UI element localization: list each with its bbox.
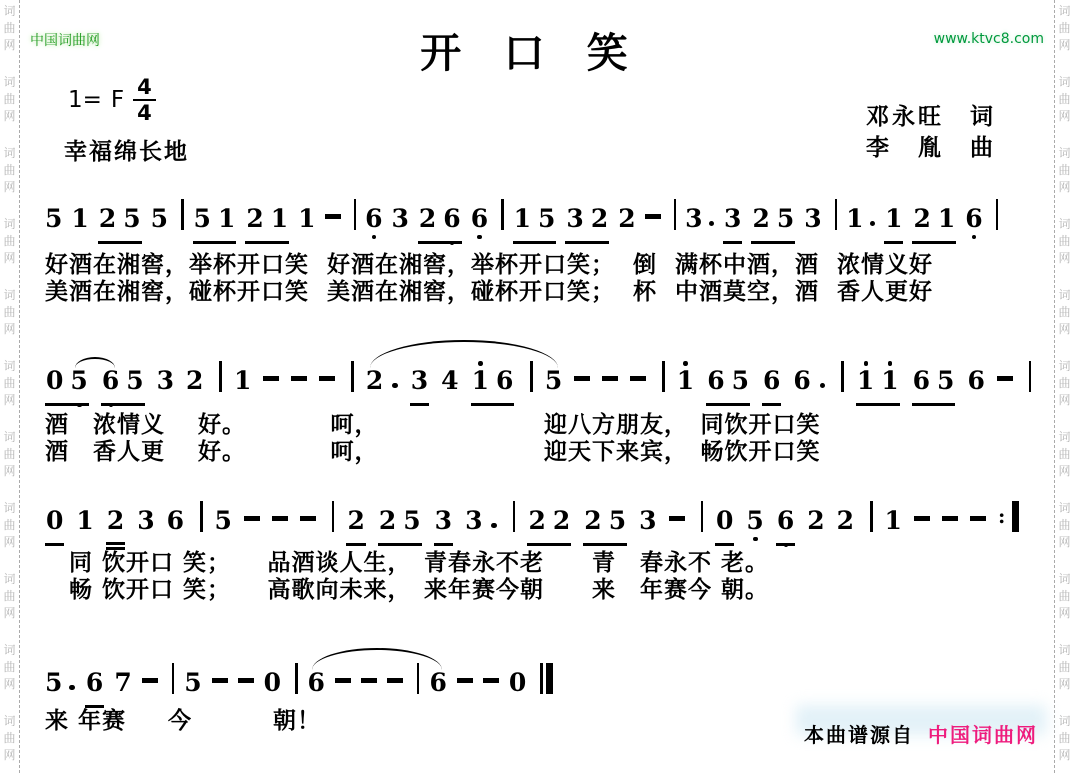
note: 5: [151, 206, 168, 232]
note: 5: [538, 206, 555, 232]
dash-continuation: [212, 678, 228, 683]
underline-group: 25: [378, 501, 422, 546]
note: 6: [707, 368, 724, 394]
note: 6: [102, 368, 119, 394]
watermark-group: 词曲网: [0, 642, 19, 693]
watermark-group: 词曲网: [1055, 429, 1074, 480]
note: 3: [566, 206, 583, 232]
note: 1: [938, 206, 955, 232]
dash-continuation: [361, 678, 377, 683]
underline-group: 0: [45, 501, 64, 546]
note: 5: [777, 206, 794, 232]
note: 6: [913, 368, 930, 394]
watermark-char: 网: [1055, 179, 1074, 196]
note: 6: [777, 508, 794, 534]
watermark-char: 曲: [0, 162, 19, 179]
note: 2: [584, 508, 601, 534]
barline: [354, 199, 357, 230]
note: 6: [496, 368, 513, 394]
underline-group: 22: [527, 501, 571, 546]
bar-mark: [540, 663, 543, 694]
augmentation-dot: [709, 221, 715, 227]
barline: [1029, 361, 1032, 392]
note: 2: [913, 206, 930, 232]
underline-group: 26: [418, 199, 462, 244]
rest-note: 0: [46, 508, 63, 534]
note: 6: [365, 206, 382, 232]
note: 2: [246, 206, 263, 232]
note: 5: [609, 508, 626, 534]
watermark-char: 曲: [0, 517, 19, 534]
watermark-group: 词曲网: [0, 713, 19, 764]
footer-source: 本曲谱源自中国词曲网: [804, 719, 1038, 748]
watermark-char: 曲: [1055, 20, 1074, 37]
dash-continuation: [300, 516, 316, 521]
barline: [841, 361, 844, 392]
watermark-char: 网: [1055, 463, 1074, 480]
underline-group: 3: [723, 199, 742, 244]
watermark-char: 词: [1055, 713, 1074, 730]
note: 3: [685, 206, 702, 232]
watermark-group: 词曲网: [1055, 713, 1074, 764]
augmentation-dot: [491, 523, 497, 529]
watermark-group: 词曲网: [0, 287, 19, 338]
notation-line-4: 56750660: [45, 660, 1050, 706]
note: 1: [76, 508, 93, 534]
underline-group: 65: [912, 361, 956, 406]
slur-arc: [75, 357, 115, 368]
note: 5: [184, 670, 201, 696]
underline-group: 3: [434, 501, 453, 546]
underline-group: 0: [715, 501, 734, 546]
watermark-char: 网: [1055, 250, 1074, 267]
watermark-char: 词: [0, 571, 19, 588]
watermark-char: 曲: [0, 659, 19, 676]
dash-continuation: [457, 678, 473, 683]
dash-continuation: [335, 678, 351, 683]
note: 5: [126, 368, 143, 394]
note: 5: [937, 368, 954, 394]
note: 6: [793, 368, 810, 394]
watermark-char: 曲: [0, 304, 19, 321]
watermark-char: 词: [1055, 358, 1074, 375]
watermark-group: 词曲网: [0, 74, 19, 125]
watermark-char: 网: [1055, 108, 1074, 125]
note: 5: [746, 508, 763, 534]
note: 6: [167, 508, 184, 534]
underline-group: 2: [106, 501, 125, 550]
watermark-char: 曲: [0, 730, 19, 747]
note: 5: [70, 368, 87, 394]
note: 6: [443, 206, 460, 232]
watermark-char: 网: [1055, 392, 1074, 409]
note: 2: [99, 206, 116, 232]
note: 2: [419, 206, 436, 232]
augmentation-dot: [820, 383, 826, 389]
note: 2: [366, 368, 383, 394]
watermark-char: 词: [0, 3, 19, 20]
dash-continuation: [272, 516, 288, 521]
watermark-char: 网: [0, 676, 19, 693]
watermark-char: 网: [1055, 534, 1074, 551]
watermark-char: 词: [0, 713, 19, 730]
underline-group: 32: [565, 199, 609, 244]
note: 3: [391, 206, 408, 232]
watermark-char: 网: [0, 534, 19, 551]
dash-continuation: [238, 678, 254, 683]
note: 1: [218, 206, 235, 232]
dash-continuation: [291, 376, 307, 381]
note: 6: [308, 670, 325, 696]
underline-group: 6: [762, 361, 781, 406]
watermark-char: 网: [1055, 321, 1074, 338]
note: 1: [885, 206, 902, 232]
watermark-char: 词: [1055, 145, 1074, 162]
watermark-char: 词: [1055, 429, 1074, 446]
note: 5: [215, 508, 232, 534]
notation-line-2: 05653212341651656611656: [45, 358, 1050, 404]
watermark-char: 网: [0, 250, 19, 267]
footer-site-name: 中国词曲网: [928, 723, 1038, 747]
dash-continuation: [325, 214, 341, 219]
dash-continuation: [970, 516, 986, 521]
repeat-barline: :: [998, 498, 1019, 542]
barline: [996, 199, 999, 230]
sheet-music-page: 词曲网词曲网词曲网词曲网词曲网词曲网词曲网词曲网词曲网词曲网词曲网 词曲网词曲网…: [0, 0, 1074, 773]
note: 5: [194, 206, 211, 232]
note: 3: [411, 368, 428, 394]
watermark-char: 网: [0, 321, 19, 338]
note: 5: [123, 206, 140, 232]
bar-mark: [1012, 501, 1019, 532]
note: 7: [114, 670, 131, 696]
note: 6: [86, 670, 103, 696]
lyricist-credit: 邓永旺 词: [866, 101, 996, 132]
underline-group: 6: [776, 501, 795, 546]
slur-arc: [312, 648, 443, 670]
notation-line-3: 0123652253322253056221:: [45, 498, 1050, 544]
watermark-char: 词: [0, 429, 19, 446]
note: 3: [465, 508, 482, 534]
left-watermark-column: 词曲网词曲网词曲网词曲网词曲网词曲网词曲网词曲网词曲网词曲网词曲网: [0, 0, 20, 773]
watermark-char: 词: [1055, 642, 1074, 659]
watermark-char: 词: [0, 500, 19, 517]
underline-group: 51: [193, 199, 237, 244]
watermark-char: 曲: [1055, 446, 1074, 463]
dash-continuation: [263, 376, 279, 381]
final-barline: [536, 660, 553, 703]
watermark-char: 网: [0, 108, 19, 125]
lyrics-line-2-verse-2: 酒 香人更 好。 呵， 迎天下来宾， 畅饮开口笑: [45, 433, 821, 466]
note: 1: [71, 206, 88, 232]
dash-continuation: [914, 516, 930, 521]
barline: [870, 501, 873, 532]
watermark-group: 词曲网: [1055, 571, 1074, 622]
song-title: 开 口 笑: [0, 20, 1054, 79]
barline: [181, 199, 184, 230]
key-letter: F: [111, 87, 124, 113]
watermark-char: 曲: [0, 588, 19, 605]
note: 5: [45, 206, 62, 232]
watermark-char: 网: [0, 463, 19, 480]
note: 6: [471, 206, 488, 232]
note: 2: [752, 206, 769, 232]
watermark-group: 词曲网: [1055, 3, 1074, 54]
watermark-char: 词: [1055, 500, 1074, 517]
dash-continuation: [574, 376, 590, 381]
watermark-char: 词: [0, 216, 19, 233]
dash-continuation: [244, 516, 260, 521]
note: 2: [528, 508, 545, 534]
slur-arc: [370, 340, 558, 368]
footer-prefix: 本曲谱源自: [804, 723, 914, 747]
composer-credit: 李 胤 曲: [866, 132, 996, 163]
note: 2: [347, 508, 364, 534]
underline-group: 2: [346, 501, 365, 546]
watermark-char: 词: [0, 642, 19, 659]
watermark-char: 曲: [1055, 517, 1074, 534]
watermark-char: 曲: [0, 91, 19, 108]
note: 3: [639, 508, 656, 534]
watermark-group: 词曲网: [1055, 642, 1074, 693]
rest-note: 0: [509, 670, 526, 696]
watermark-char: 网: [0, 605, 19, 622]
watermark-char: 曲: [1055, 91, 1074, 108]
barline: [674, 199, 677, 230]
watermark-char: 曲: [1055, 304, 1074, 321]
note: 4: [441, 368, 458, 394]
barline: [332, 501, 335, 532]
underline-group: 15: [513, 199, 557, 244]
barline: [351, 361, 354, 392]
underline-group: 21: [245, 199, 289, 244]
watermark-char: 曲: [1055, 233, 1074, 250]
lyrics-line-1-verse-2: 美酒在湘窖，碰杯开口笑 美酒在湘窖，碰杯开口笑； 杯 中酒莫空，酒 香人更好: [45, 273, 933, 306]
note: 1: [857, 368, 874, 394]
barline: [662, 361, 665, 392]
watermark-group: 词曲网: [1055, 287, 1074, 338]
credits: 邓永旺 词 李 胤 曲: [866, 101, 996, 163]
watermark-char: 词: [1055, 3, 1074, 20]
rest-note: 0: [46, 368, 63, 394]
time-signature: 4 4: [133, 76, 156, 124]
tempo-marking: 幸福绵长地: [64, 133, 189, 166]
key-signature: 1= F 4 4: [68, 76, 156, 124]
watermark-group: 词曲网: [0, 216, 19, 267]
bar-mark: [546, 663, 553, 694]
note: 2: [591, 206, 608, 232]
watermark-char: 曲: [0, 233, 19, 250]
watermark-char: 词: [1055, 74, 1074, 91]
barline: [219, 361, 222, 392]
underline-group: 25: [98, 199, 142, 244]
note: 2: [618, 206, 635, 232]
note: 6: [967, 368, 984, 394]
note: 1: [881, 368, 898, 394]
watermark-group: 词曲网: [1055, 216, 1074, 267]
meter-denominator: 4: [137, 101, 152, 124]
watermark-group: 词曲网: [0, 571, 19, 622]
dash-continuation: [142, 678, 158, 683]
note: 3: [724, 206, 741, 232]
barline: [835, 199, 838, 230]
note: 6: [763, 368, 780, 394]
note: 1: [472, 368, 489, 394]
note: 3: [137, 508, 154, 534]
right-watermark-column: 词曲网词曲网词曲网词曲网词曲网词曲网词曲网词曲网词曲网词曲网词曲网: [1054, 0, 1074, 773]
augmentation-dot: [69, 685, 75, 691]
note: 1: [846, 206, 863, 232]
watermark-group: 词曲网: [1055, 358, 1074, 409]
rest-note: 0: [716, 508, 733, 534]
barline: [513, 501, 516, 532]
note: 1: [298, 206, 315, 232]
watermark-group: 词曲网: [0, 358, 19, 409]
repeat-dots: :: [998, 496, 1005, 536]
dash-continuation: [319, 376, 335, 381]
barline: [295, 663, 298, 694]
lyrics-line-4: 来 年赛 今 朝！: [45, 702, 321, 735]
note: 6: [965, 206, 982, 232]
watermark-char: 词: [1055, 216, 1074, 233]
note: 2: [807, 508, 824, 534]
note: 1: [271, 206, 288, 232]
watermark-char: 词: [0, 145, 19, 162]
underline-group: 1: [884, 199, 903, 244]
watermark-char: 网: [1055, 605, 1074, 622]
watermark-char: 网: [0, 392, 19, 409]
note: 3: [157, 368, 174, 394]
watermark-char: 曲: [1055, 588, 1074, 605]
watermark-char: 曲: [1055, 375, 1074, 392]
watermark-char: 网: [1055, 37, 1074, 54]
underline-group: 25: [751, 199, 795, 244]
note: 3: [804, 206, 821, 232]
watermark-char: 词: [1055, 571, 1074, 588]
note: 2: [837, 508, 854, 534]
augmentation-dot: [392, 383, 398, 389]
rest-note: 0: [264, 670, 281, 696]
underline-group: 21: [912, 199, 956, 244]
watermark-char: 曲: [0, 446, 19, 463]
note: 2: [107, 508, 124, 534]
note: 1: [677, 368, 694, 394]
note: 3: [435, 508, 452, 534]
barline: [200, 501, 203, 532]
note: 6: [429, 670, 446, 696]
note: 5: [403, 508, 420, 534]
note: 1: [234, 368, 251, 394]
lyrics-line-3-verse-2: 畅 饮开口 笑； 高歌向未来， 来年赛今朝 来 年赛今 朝。: [45, 571, 769, 604]
barline: [701, 501, 704, 532]
watermark-group: 词曲网: [1055, 145, 1074, 196]
dash-continuation: [669, 516, 685, 521]
watermark-char: 网: [0, 179, 19, 196]
key-prefix: 1=: [68, 87, 102, 113]
watermark-group: 词曲网: [1055, 74, 1074, 125]
watermark-group: 词曲网: [0, 145, 19, 196]
dash-continuation: [483, 678, 499, 683]
barline: [172, 663, 175, 694]
underline-group: 25: [583, 501, 627, 546]
dash-continuation: [942, 516, 958, 521]
watermark-char: 网: [0, 747, 19, 764]
watermark-group: 词曲网: [0, 429, 19, 480]
dash-continuation: [602, 376, 618, 381]
watermark-char: 曲: [1055, 659, 1074, 676]
dash-continuation: [387, 678, 403, 683]
note: 5: [732, 368, 749, 394]
watermark-group: 词曲网: [0, 500, 19, 551]
dash-continuation: [997, 376, 1013, 381]
dash-continuation: [630, 376, 646, 381]
barline: [501, 199, 504, 230]
watermark-char: 曲: [1055, 730, 1074, 747]
note: 1: [885, 508, 902, 534]
watermark-char: 曲: [1055, 162, 1074, 179]
note: 2: [186, 368, 203, 394]
note: 5: [45, 670, 62, 696]
notation-line-1: 512555121163266153223325311216: [45, 196, 1050, 242]
underline-group: 65: [706, 361, 750, 406]
augmentation-dot: [870, 221, 876, 227]
note: 5: [545, 368, 562, 394]
watermark-char: 词: [0, 287, 19, 304]
watermark-group: 词曲网: [1055, 500, 1074, 551]
note: 1: [514, 206, 531, 232]
note: 2: [553, 508, 570, 534]
watermark-char: 网: [1055, 747, 1074, 764]
watermark-char: 曲: [0, 375, 19, 392]
dash-continuation: [645, 214, 661, 219]
watermark-char: 词: [1055, 287, 1074, 304]
underline-group: 11: [856, 361, 900, 406]
watermark-char: 词: [0, 358, 19, 375]
meter-numerator: 4: [133, 76, 156, 101]
note: 2: [379, 508, 396, 534]
watermark-char: 网: [1055, 676, 1074, 693]
